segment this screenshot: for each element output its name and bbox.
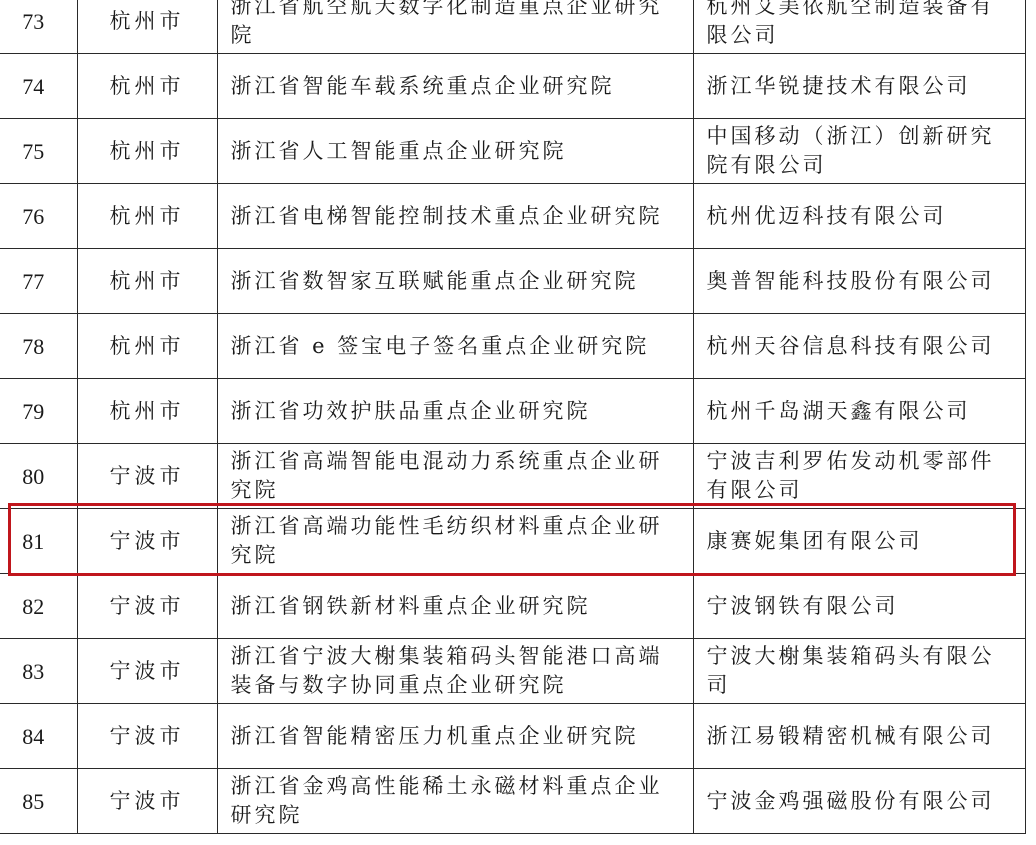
row-number: 74 — [0, 54, 77, 119]
company-cell: 杭州艾美依航空制造装备有限公司 — [693, 0, 1025, 54]
institutes-table-container: 73 杭州市 浙江省航空航天数字化制造重点企业研究院 杭州艾美依航空制造装备有限… — [0, 0, 1025, 834]
table-row: 84 宁波市 浙江省智能精密压力机重点企业研究院 浙江易锻精密机械有限公司 — [0, 704, 1025, 769]
row-number: 83 — [0, 639, 77, 704]
company-cell: 宁波大榭集装箱码头有限公司 — [693, 639, 1025, 704]
row-number: 78 — [0, 314, 77, 379]
company-cell: 杭州优迈科技有限公司 — [693, 184, 1025, 249]
city-cell: 杭州市 — [77, 249, 217, 314]
institute-name-cell: 浙江省智能车载系统重点企业研究院 — [217, 54, 693, 119]
company-cell: 浙江易锻精密机械有限公司 — [693, 704, 1025, 769]
city-cell: 宁波市 — [77, 574, 217, 639]
table-row: 73 杭州市 浙江省航空航天数字化制造重点企业研究院 杭州艾美依航空制造装备有限… — [0, 0, 1025, 54]
table-row: 75 杭州市 浙江省人工智能重点企业研究院 中国移动（浙江）创新研究院有限公司 — [0, 119, 1025, 184]
city-cell: 宁波市 — [77, 704, 217, 769]
institute-name-cell: 浙江省金鸡高性能稀土永磁材料重点企业研究院 — [217, 769, 693, 834]
company-cell: 浙江华锐捷技术有限公司 — [693, 54, 1025, 119]
institutes-table: 73 杭州市 浙江省航空航天数字化制造重点企业研究院 杭州艾美依航空制造装备有限… — [0, 0, 1026, 834]
institute-name-cell: 浙江省 e 签宝电子签名重点企业研究院 — [217, 314, 693, 379]
institute-name-cell: 浙江省钢铁新材料重点企业研究院 — [217, 574, 693, 639]
company-cell: 杭州天谷信息科技有限公司 — [693, 314, 1025, 379]
city-cell: 杭州市 — [77, 0, 217, 54]
table-row: 76 杭州市 浙江省电梯智能控制技术重点企业研究院 杭州优迈科技有限公司 — [0, 184, 1025, 249]
row-number: 85 — [0, 769, 77, 834]
table-row: 78 杭州市 浙江省 e 签宝电子签名重点企业研究院 杭州天谷信息科技有限公司 — [0, 314, 1025, 379]
city-cell: 杭州市 — [77, 314, 217, 379]
company-cell: 中国移动（浙江）创新研究院有限公司 — [693, 119, 1025, 184]
institute-name-cell: 浙江省功效护肤品重点企业研究院 — [217, 379, 693, 444]
table-row: 77 杭州市 浙江省数智家互联赋能重点企业研究院 奥普智能科技股份有限公司 — [0, 249, 1025, 314]
institute-name-cell: 浙江省高端功能性毛纺织材料重点企业研究院 — [217, 509, 693, 574]
row-number: 73 — [0, 0, 77, 54]
city-cell: 宁波市 — [77, 509, 217, 574]
table-row: 79 杭州市 浙江省功效护肤品重点企业研究院 杭州千岛湖天鑫有限公司 — [0, 379, 1025, 444]
institute-name-cell: 浙江省航空航天数字化制造重点企业研究院 — [217, 0, 693, 54]
city-cell: 杭州市 — [77, 379, 217, 444]
institute-name-cell: 浙江省宁波大榭集装箱码头智能港口高端装备与数字协同重点企业研究院 — [217, 639, 693, 704]
city-cell: 杭州市 — [77, 184, 217, 249]
table-row: 83 宁波市 浙江省宁波大榭集装箱码头智能港口高端装备与数字协同重点企业研究院 … — [0, 639, 1025, 704]
institute-name-cell: 浙江省智能精密压力机重点企业研究院 — [217, 704, 693, 769]
company-cell: 宁波钢铁有限公司 — [693, 574, 1025, 639]
company-cell: 宁波吉利罗佑发动机零部件有限公司 — [693, 444, 1025, 509]
row-number: 84 — [0, 704, 77, 769]
city-cell: 宁波市 — [77, 639, 217, 704]
city-cell: 杭州市 — [77, 119, 217, 184]
row-number: 81 — [0, 509, 77, 574]
institute-name-cell: 浙江省数智家互联赋能重点企业研究院 — [217, 249, 693, 314]
row-number: 77 — [0, 249, 77, 314]
table-row-highlighted: 81 宁波市 浙江省高端功能性毛纺织材料重点企业研究院 康赛妮集团有限公司 — [0, 509, 1025, 574]
table-row: 74 杭州市 浙江省智能车载系统重点企业研究院 浙江华锐捷技术有限公司 — [0, 54, 1025, 119]
company-cell: 杭州千岛湖天鑫有限公司 — [693, 379, 1025, 444]
institute-name-cell: 浙江省电梯智能控制技术重点企业研究院 — [217, 184, 693, 249]
company-cell: 奥普智能科技股份有限公司 — [693, 249, 1025, 314]
city-cell: 宁波市 — [77, 769, 217, 834]
table-row: 82 宁波市 浙江省钢铁新材料重点企业研究院 宁波钢铁有限公司 — [0, 574, 1025, 639]
row-number: 82 — [0, 574, 77, 639]
row-number: 79 — [0, 379, 77, 444]
company-cell: 宁波金鸡强磁股份有限公司 — [693, 769, 1025, 834]
row-number: 80 — [0, 444, 77, 509]
city-cell: 杭州市 — [77, 54, 217, 119]
city-cell: 宁波市 — [77, 444, 217, 509]
institute-name-cell: 浙江省高端智能电混动力系统重点企业研究院 — [217, 444, 693, 509]
row-number: 76 — [0, 184, 77, 249]
institute-name-cell: 浙江省人工智能重点企业研究院 — [217, 119, 693, 184]
company-cell: 康赛妮集团有限公司 — [693, 509, 1025, 574]
table-row: 85 宁波市 浙江省金鸡高性能稀土永磁材料重点企业研究院 宁波金鸡强磁股份有限公… — [0, 769, 1025, 834]
row-number: 75 — [0, 119, 77, 184]
table-row: 80 宁波市 浙江省高端智能电混动力系统重点企业研究院 宁波吉利罗佑发动机零部件… — [0, 444, 1025, 509]
